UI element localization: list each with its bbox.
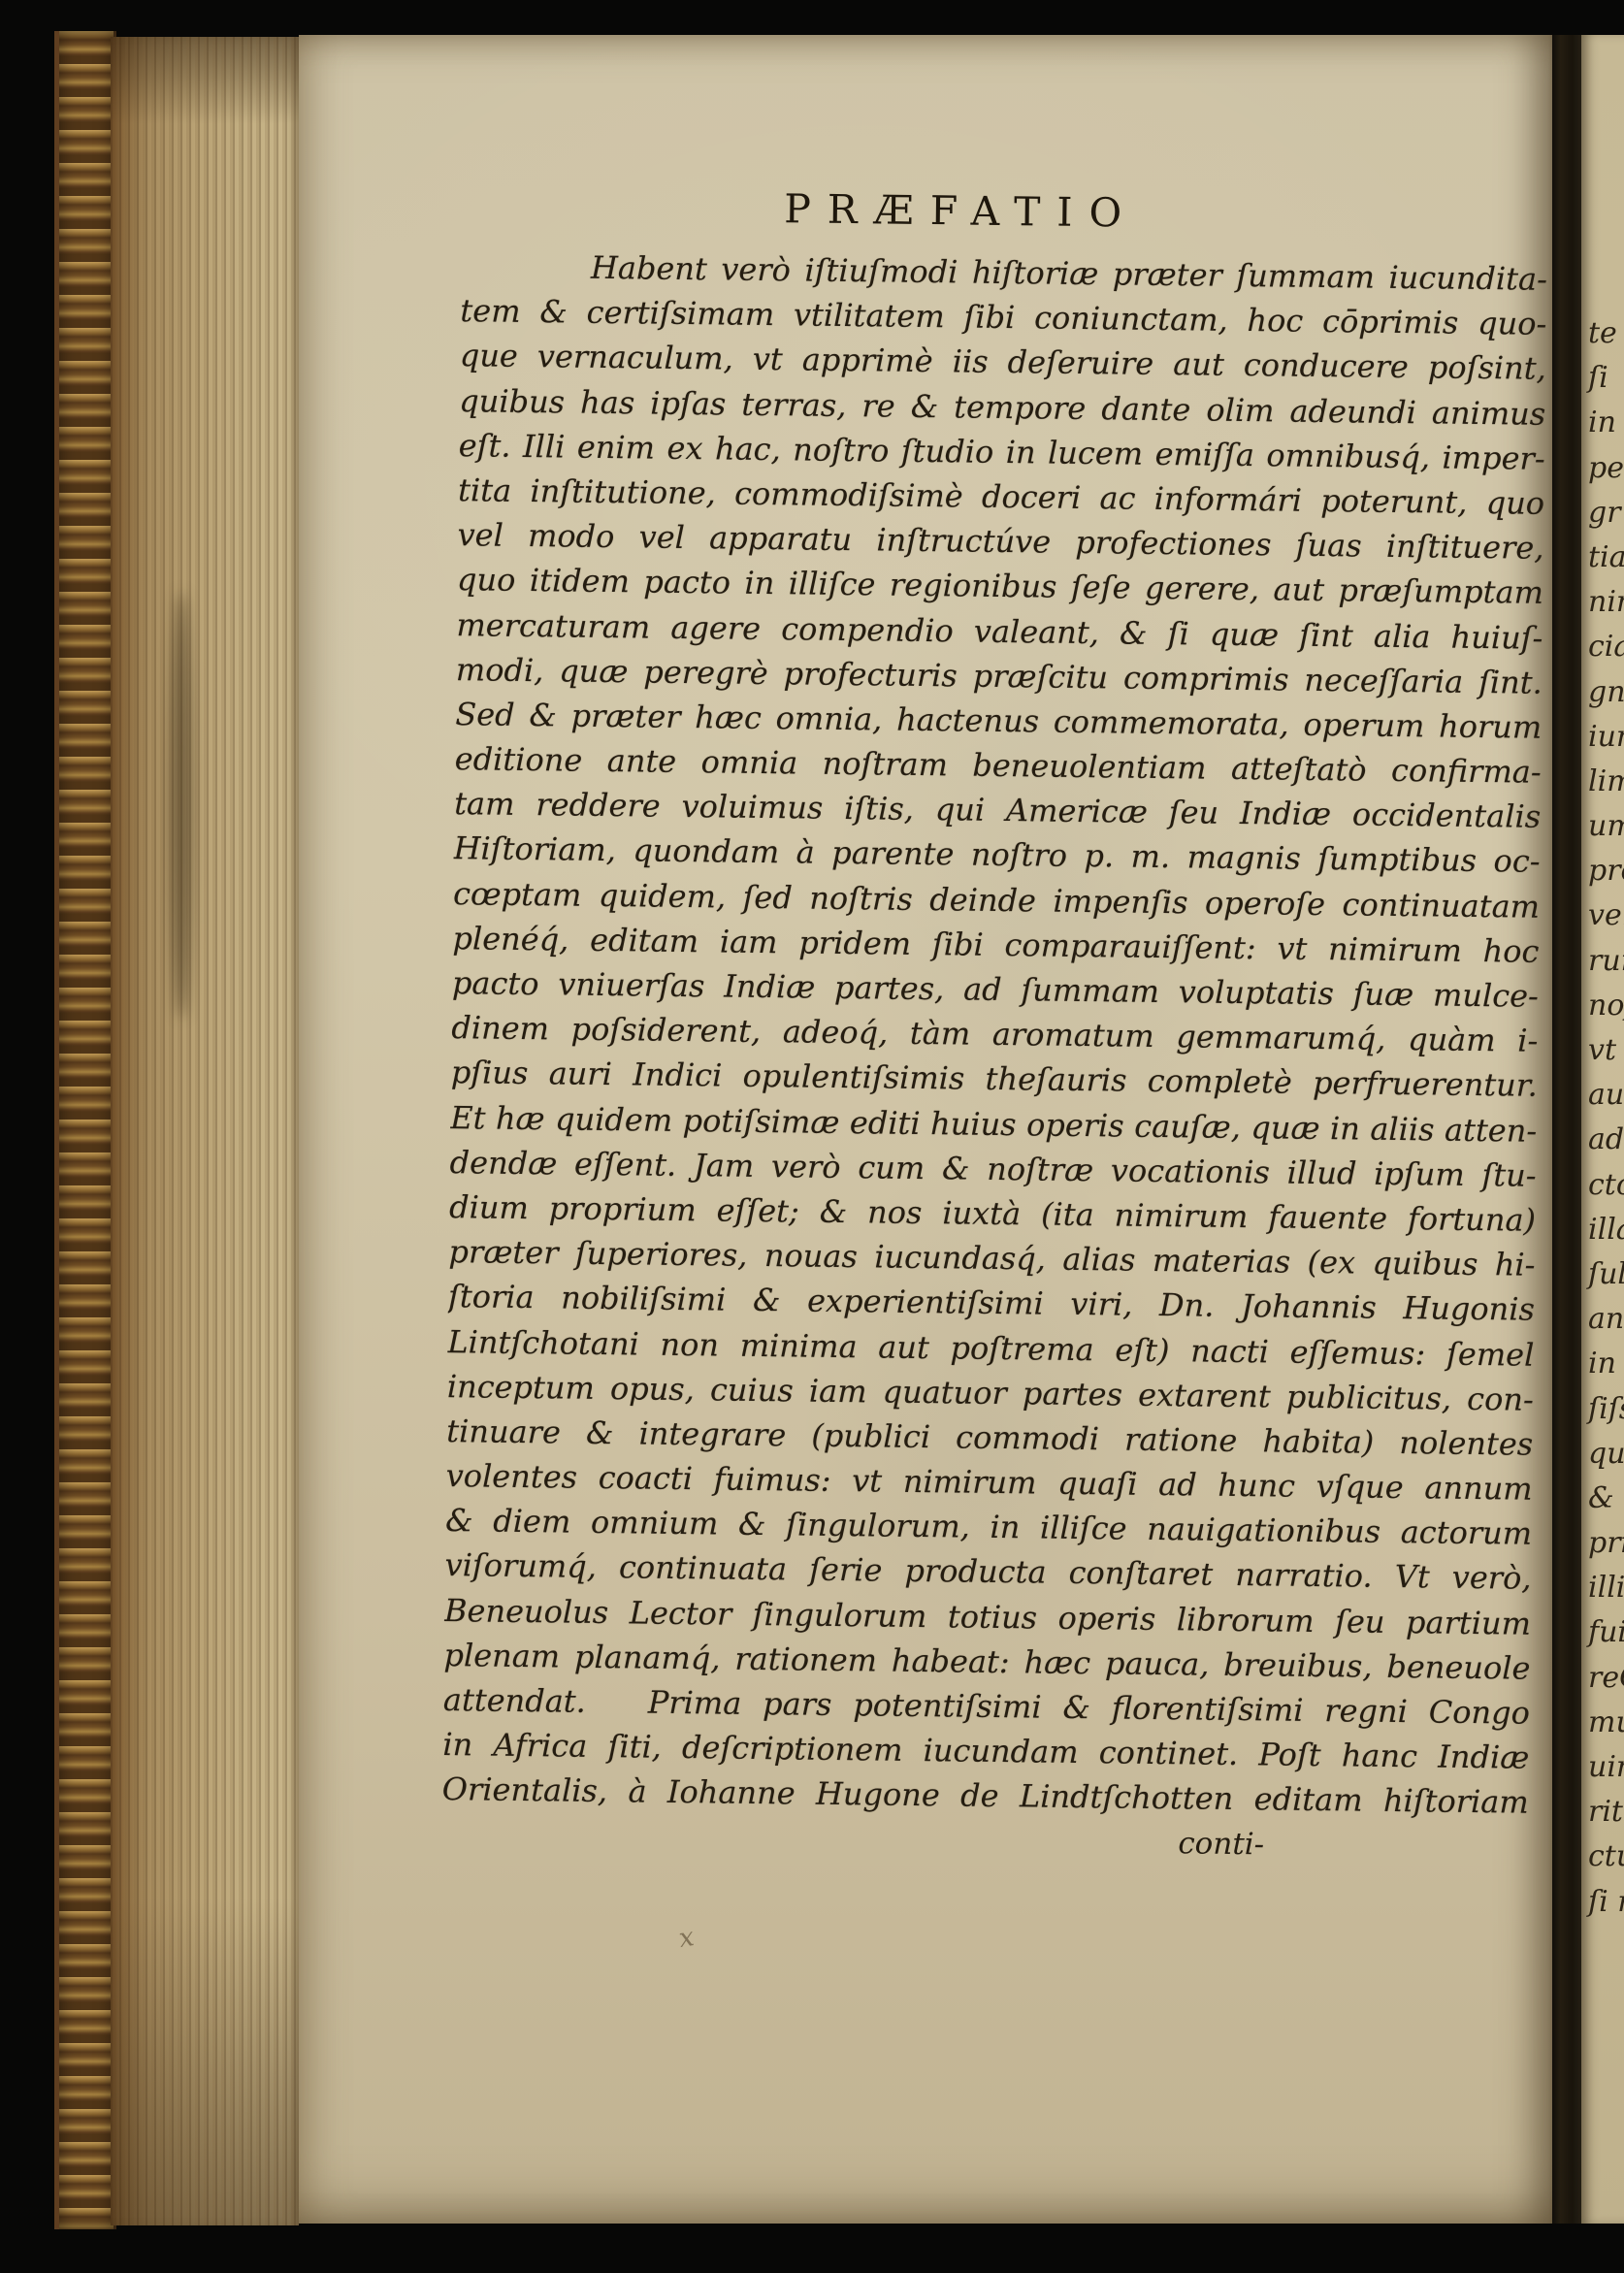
facing-page-text-fragment: ſular xyxy=(1588,1252,1624,1297)
facing-page-text-fragment: in pa xyxy=(1588,1342,1624,1386)
facing-page-text-fragment: prof xyxy=(1588,849,1624,893)
facing-page-text-fragment: cia xyxy=(1588,625,1624,669)
facing-page-text-fragment: mus, a xyxy=(1588,1701,1624,1745)
facing-page-text-fragment: ritis ac xyxy=(1588,1790,1624,1835)
facing-page-text-fragment: vere xyxy=(1588,893,1624,938)
handwritten-mark: x xyxy=(677,1922,697,1954)
facing-page-text-fragment: ſiſsim xyxy=(1588,1387,1624,1432)
facing-page-sliver: teſiinpegrtianinciagneiunlimumprofvereru… xyxy=(1581,35,1624,2224)
facing-page-text-fragment: vt , xyxy=(1588,1028,1624,1073)
page-title: PRÆFATIO xyxy=(461,181,1548,242)
facing-page-text-fragment: antla xyxy=(1588,1297,1624,1342)
book-fore-edge-pages xyxy=(111,37,299,2225)
facing-page-text-fragment: quibu xyxy=(1588,1432,1624,1477)
paragraph-lines: Habent verò iſtiuſmodi hiſtoriæ præter ſ… xyxy=(442,244,1548,1825)
facing-page-text-fragment: ſi nobis xyxy=(1588,1880,1624,1925)
facing-page-text-fragment: gne xyxy=(1588,670,1624,715)
facing-page-text-fragment: lim xyxy=(1588,760,1624,804)
facing-page-text-fragment: iun xyxy=(1588,715,1624,760)
facing-page-text-fragment: illar xyxy=(1588,1208,1624,1252)
facing-page-text-fragment: te xyxy=(1588,311,1624,356)
facing-page-text-fragment: illius, xyxy=(1588,1566,1624,1610)
facing-page-text-fragment: uimus xyxy=(1588,1745,1624,1790)
facing-page-text-fragment: um xyxy=(1588,804,1624,849)
facing-page-text-fragment: nin xyxy=(1588,580,1624,625)
page-gutter-shadow xyxy=(1548,35,1583,2224)
gilt-binding-ornament-strip xyxy=(54,31,116,2229)
facing-page-text-fragment: & int xyxy=(1588,1477,1624,1521)
facing-page-text-fragment: gr xyxy=(1588,491,1624,536)
facing-page-text-fragment: primo xyxy=(1588,1521,1624,1566)
facing-page-text-fragment: auct xyxy=(1588,1073,1624,1118)
printed-text-block: PRÆFATIO Habent verò iſtiuſmodi hiſtoriæ… xyxy=(441,181,1548,1869)
book-photo: PRÆFATIO Habent verò iſtiuſmodi hiſtoriæ… xyxy=(0,0,1624,2273)
facing-page-text-fragment: cturis xyxy=(1588,1835,1624,1879)
facing-page-text-fragment: rum xyxy=(1588,939,1624,984)
facing-page-text-fragment: pe xyxy=(1588,446,1624,491)
facing-page-fragment-column: teſiinpegrtianinciagneiunlimumprofvereru… xyxy=(1588,311,1624,1925)
facing-page-text-fragment: ſi xyxy=(1588,356,1624,401)
facing-page-text-fragment: reGer xyxy=(1588,1656,1624,1701)
facing-page-text-fragment: ctor xyxy=(1588,1163,1624,1208)
facing-page-text-fragment: noſc xyxy=(1588,984,1624,1028)
facing-page-text-fragment: adiu xyxy=(1588,1118,1624,1162)
facing-page-text-fragment: fuit, f xyxy=(1588,1610,1624,1655)
facing-page-text-fragment: tia xyxy=(1588,536,1624,580)
facing-page-text-fragment: in xyxy=(1588,401,1624,445)
fore-edge-dark-streak xyxy=(171,592,192,1019)
scanned-page: PRÆFATIO Habent verò iſtiuſmodi hiſtoriæ… xyxy=(299,35,1552,2224)
